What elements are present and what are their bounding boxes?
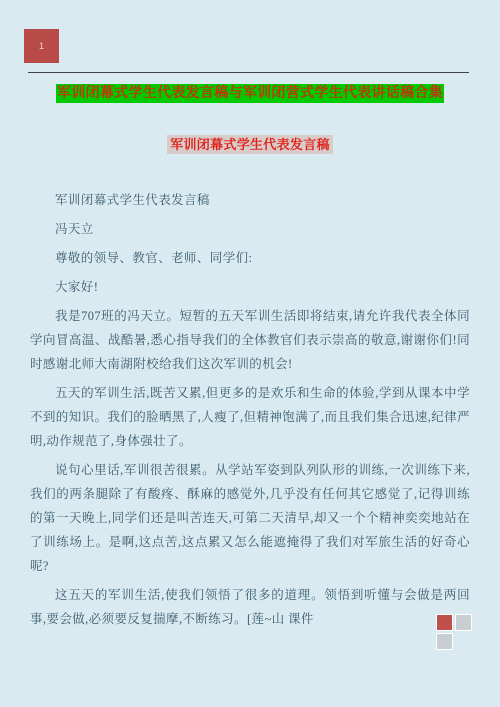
decoration-gray-square-bottom	[436, 633, 453, 650]
body-paragraph: 我是707班的冯天立。短暂的五天军训生活即将结束,请允许我代表全体同学向冒高温、…	[30, 304, 470, 376]
body-paragraph: 冯天立	[30, 217, 470, 241]
page-number-badge: 1	[24, 29, 59, 63]
title-row: 军训闭幕式学生代表发言稿与军训闭营式学生代表讲话稿合集	[0, 82, 500, 102]
decoration-gray-square-top	[455, 614, 472, 631]
corner-squares-decoration	[436, 614, 476, 654]
body-paragraph: 军训闭幕式学生代表发言稿	[30, 188, 470, 212]
body-paragraph: 大家好!	[30, 275, 470, 299]
document-subtitle: 军训闭幕式学生代表发言稿	[167, 135, 333, 154]
decoration-red-square	[436, 614, 453, 631]
subtitle-row: 军训闭幕式学生代表发言稿	[0, 134, 500, 154]
document-title: 军训闭幕式学生代表发言稿与军训闭营式学生代表讲话稿合集	[56, 84, 444, 103]
body-paragraph: 说句心里话,军训很苦很累。从学站军姿到队列队形的训练,一次训练下来,我们的两条腿…	[30, 458, 470, 578]
document-page: 1 军训闭幕式学生代表发言稿与军训闭营式学生代表讲话稿合集 军训闭幕式学生代表发…	[0, 0, 500, 707]
body-paragraph: 五天的军训生活,既苦又累,但更多的是欢乐和生命的体验,学到从课本中学不到的知识。…	[30, 381, 470, 453]
body-content: 军训闭幕式学生代表发言稿冯天立尊敬的领导、教官、老师、同学们:大家好!我是707…	[30, 188, 470, 636]
body-paragraph: 尊敬的领导、教官、老师、同学们:	[30, 246, 470, 270]
decoration-empty-cell	[455, 633, 472, 650]
header-divider-line	[28, 72, 469, 73]
body-paragraph: 这五天的军训生活,使我们领悟了很多的道理。领悟到听懂与会做是两回事,要会做,必须…	[30, 583, 470, 631]
